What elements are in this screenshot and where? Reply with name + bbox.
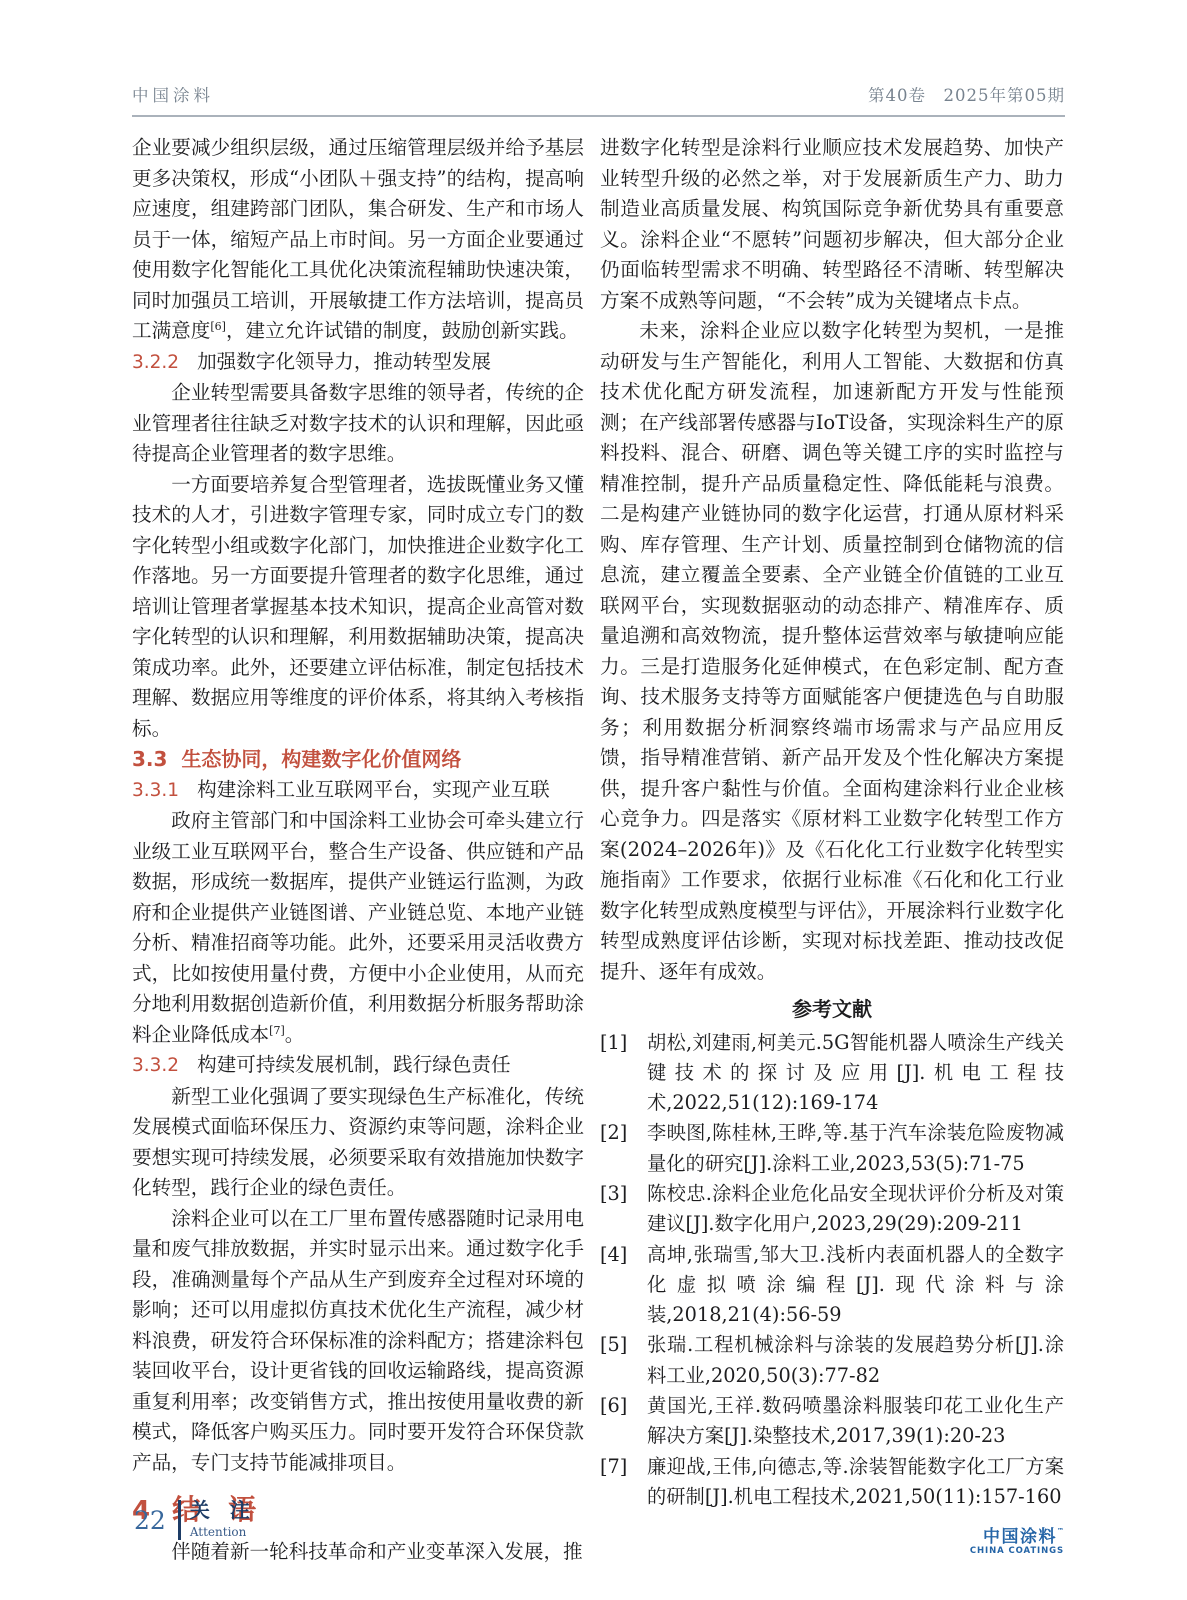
references-title: 参考文献 <box>600 994 1064 1025</box>
page-header: 中国涂料 第40卷 2025年第05期 <box>132 82 1065 117</box>
reference-label: [1] <box>600 1028 647 1119</box>
reference-label: [2] <box>600 1118 647 1179</box>
citation-superscript: [6] <box>210 320 226 333</box>
issue-info: 第40卷 2025年第05期 <box>868 82 1065 106</box>
reference-label: [7] <box>600 1452 647 1513</box>
section-title: 生态协同，构建数字化价值网络 <box>181 747 461 771</box>
reference-item: [1] 胡松,刘建雨,柯美元.5G智能机器人喷涂生产线关键技术的探讨及应用[J]… <box>600 1028 1064 1119</box>
reference-item: [3] 陈校忠.涂料企业危化品安全现状评价分析及对策建议[J].数字化用户,20… <box>600 1179 1064 1240</box>
logo-english-text: CHINA COATINGS <box>600 1546 1064 1557</box>
reference-item: [5] 张瑞.工程机械涂料与涂装的发展趋势分析[J].涂料工业,2020,50(… <box>600 1330 1064 1391</box>
section-title: 加强数字化领导力，推动转型发展 <box>197 350 491 373</box>
reference-text: 李映图,陈桂林,王晔,等.基于汽车涂装危险废物减量化的研究[J].涂料工业,20… <box>647 1118 1064 1179</box>
section-heading-322: 3.2.2加强数字化领导力，推动转型发展 <box>132 347 584 379</box>
reference-item: [7] 廉迎战,王伟,向德志,等.涂装智能数字化工厂方案的研制[J].机电工程技… <box>600 1452 1064 1513</box>
paragraph: 企业要减少组织层级，通过压缩管理层级并给予基层更多决策权，形成“小团队＋强支持”… <box>132 133 584 347</box>
logo-cn-label: 中国涂料 <box>983 1527 1057 1547</box>
right-column: 进数字化转型是涂料行业顺应技术发展趋势、加快产业转型升级的必然之举，对于发展新质… <box>600 133 1064 1568</box>
section-number: 3.3 <box>132 747 167 771</box>
footer-section-label-en: Attention <box>190 1524 250 1540</box>
reference-item: [6] 黄国光,王祥.数码喷墨涂料服装印花工业化生产解决方案[J].染整技术,2… <box>600 1391 1064 1452</box>
reference-item: [2] 李映图,陈桂林,王晔,等.基于汽车涂装危险废物减量化的研究[J].涂料工… <box>600 1118 1064 1179</box>
journal-page: 中国涂料 第40卷 2025年第05期 企业要减少组织层级，通过压缩管理层级并给… <box>0 0 1187 1600</box>
reference-item: [4] 高坤,张瑞雪,邹大卫.浅析内表面机器人的全数字化虚拟喷涂编程[J].现代… <box>600 1240 1064 1331</box>
reference-text: 黄国光,王祥.数码喷墨涂料服装印花工业化生产解决方案[J].染整技术,2017,… <box>647 1391 1064 1452</box>
reference-label: [4] <box>600 1240 647 1331</box>
section-heading-33: 3.3生态协同，构建数字化价值网络 <box>132 744 584 775</box>
china-coatings-logo: 中国涂料™ CHINA COATINGS <box>600 1522 1064 1557</box>
reference-text: 廉迎战,王伟,向德志,等.涂装智能数字化工厂方案的研制[J].机电工程技术,20… <box>647 1452 1064 1513</box>
paragraph: 企业转型需要具备数字思维的领导者，传统的企业管理者往往缺乏对数字技术的认识和理解… <box>132 378 584 470</box>
citation-superscript: [7] <box>269 1024 285 1037</box>
paragraph: 政府主管部门和中国涂料工业协会可牵头建立行业级工业互联网平台，整合生产设备、供应… <box>132 806 584 1050</box>
article-body: 企业要减少组织层级，通过压缩管理层级并给予基层更多决策权，形成“小团队＋强支持”… <box>132 133 1064 1568</box>
trademark-icon: ™ <box>1057 1527 1064 1535</box>
paragraph: 涂料企业可以在工厂里布置传感器随时记录用电量和废气排放数据，并实时显示出来。通过… <box>132 1204 584 1479</box>
paragraph: 一方面要培养复合型管理者，选拔既懂业务又懂技术的人才，引进数字管理专家，同时成立… <box>132 470 584 745</box>
section-title: 构建可持续发展机制，践行绿色责任 <box>197 1053 511 1076</box>
footer-divider-bar <box>178 1500 181 1540</box>
logo-chinese-text: 中国涂料™ <box>600 1522 1064 1546</box>
paragraph-text: 政府主管部门和中国涂料工业协会可牵头建立行业级工业互联网平台，整合生产设备、供应… <box>132 809 584 1046</box>
paragraph: 未来，涂料企业应以数字化转型为契机，一是推动研发与生产智能化，利用人工智能、大数… <box>600 316 1064 987</box>
page-number: 22 <box>134 1506 166 1536</box>
section-number: 3.3.2 <box>132 1055 179 1076</box>
section-heading-331: 3.3.1构建涂料工业互联网平台，实现产业互联 <box>132 775 584 807</box>
paragraph-text: 企业要减少组织层级，通过压缩管理层级并给予基层更多决策权，形成“小团队＋强支持”… <box>132 136 584 342</box>
footer-section: 关 注 Attention <box>190 1498 250 1540</box>
journal-name: 中国涂料 <box>132 82 214 106</box>
left-column: 企业要减少组织层级，通过压缩管理层级并给予基层更多决策权，形成“小团队＋强支持”… <box>132 133 584 1568</box>
section-title: 构建涂料工业互联网平台，实现产业互联 <box>197 778 550 801</box>
reference-label: [6] <box>600 1391 647 1452</box>
reference-label: [3] <box>600 1179 647 1240</box>
reference-text: 陈校忠.涂料企业危化品安全现状评价分析及对策建议[J].数字化用户,2023,2… <box>647 1179 1064 1240</box>
reference-label: [5] <box>600 1330 647 1391</box>
paragraph-text: 。 <box>285 1023 305 1046</box>
reference-text: 张瑞.工程机械涂料与涂装的发展趋势分析[J].涂料工业,2020,50(3):7… <box>647 1330 1064 1391</box>
section-number: 3.2.2 <box>132 352 179 373</box>
reference-text: 高坤,张瑞雪,邹大卫.浅析内表面机器人的全数字化虚拟喷涂编程[J].现代涂料与涂… <box>647 1240 1064 1331</box>
section-heading-332: 3.3.2构建可持续发展机制，践行绿色责任 <box>132 1050 584 1082</box>
footer-section-label: 关 注 <box>190 1498 250 1522</box>
section-number: 3.3.1 <box>132 780 179 801</box>
paragraph-text: ，建立允许试错的制度，鼓励创新实践。 <box>226 319 579 342</box>
page-footer: 22 关 注 Attention <box>134 1498 250 1540</box>
paragraph: 伴随着新一轮科技革命和产业变革深入发展，推 <box>132 1537 584 1568</box>
reference-text: 胡松,刘建雨,柯美元.5G智能机器人喷涂生产线关键技术的探讨及应用[J].机电工… <box>647 1028 1064 1119</box>
paragraph: 新型工业化强调了要实现绿色生产标准化，传统发展模式面临环保压力、资源约束等问题，… <box>132 1082 584 1204</box>
paragraph: 进数字化转型是涂料行业顺应技术发展趋势、加快产业转型升级的必然之举，对于发展新质… <box>600 133 1064 316</box>
